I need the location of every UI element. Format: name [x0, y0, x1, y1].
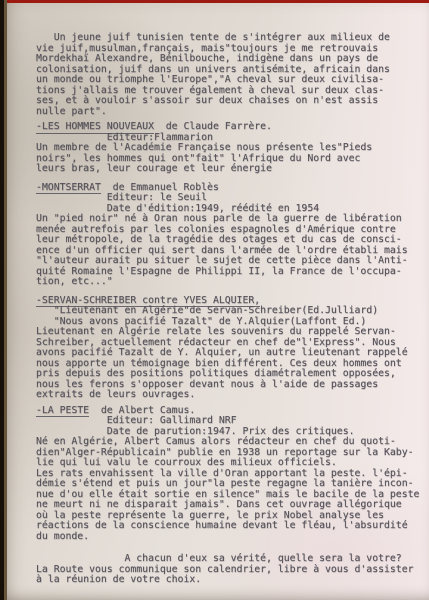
text-line: réactions de la conscience humaine devan… [36, 521, 416, 532]
section-title-rest: de Claude Farrère. [154, 121, 272, 132]
text-line: à la réunion de votre choix. [36, 575, 416, 586]
section-servan-schreiber-alquier: -SERVAN-SCHREIBER contre YVES ALQUIER, "… [36, 296, 416, 401]
text-line: démie s'étend et puis un jour"la peste r… [36, 479, 416, 490]
section-heading: -LES HOMMES NOUVEAUX de Claude Farrère. [36, 122, 416, 133]
publisher-line: Editeur: Gallimard NRF [36, 416, 416, 427]
text-line: du monde. [36, 532, 416, 543]
page-top-edge [0, 0, 429, 3]
section-la-peste: -LA PESTE de Albert Camus. Editeur: Gall… [36, 406, 416, 543]
typewritten-text: Un jeune juif tunisien tente de s'intégr… [36, 33, 416, 586]
section-title-rest: de Emmanuel Roblès [101, 182, 219, 193]
text-line: Un jeune juif tunisien tente de s'intégr… [36, 33, 416, 44]
intro-paragraph: Un jeune juif tunisien tente de s'intégr… [36, 33, 416, 117]
closing-paragraph: A chacun d'eux sa vérité, quelle sera la… [36, 554, 416, 586]
text-line: leur métropole, de la tragédie des otage… [36, 235, 416, 246]
text-line: tion, etc..." [36, 277, 416, 288]
book-reference-line: "Lieutenant en Algérie"de Servan-Schreib… [36, 306, 416, 317]
text-line: Lieutenant en Algérie relate les souveni… [36, 327, 416, 338]
text-line: Né en Algérie, Albert Camus alors rédact… [36, 437, 416, 448]
text-line: nulle part". [36, 107, 416, 118]
text-line: ses, et à vouloir s'assoir sur deux chai… [36, 96, 416, 107]
text-line: "l'auteur aurait pu situer le sujet de c… [36, 256, 416, 267]
text-line: Un "pied noir" né à Oran nous parle de l… [36, 214, 416, 225]
text-line: leurs bras, leur courage et leur énergie [36, 164, 416, 175]
publisher-line: Editeur: le Seuil [36, 193, 416, 204]
text-line: avons pacifié Tazalt de Y. Alquier, un a… [36, 348, 416, 359]
text-line: ne meurt ni ne disparait jamais". Dans c… [36, 500, 416, 511]
text-line: un monde ou triomphe l'Europe","A cheval… [36, 75, 416, 86]
page-binding-edge [0, 0, 7, 600]
text-line: lie qui lui valu le courroux des milieux… [36, 458, 416, 469]
text-line: extraits de leurs ouvrages. [36, 390, 416, 401]
scanned-document-page: Un jeune juif tunisien tente de s'intégr… [0, 0, 429, 600]
text-line: pris depuis des positions politiques dia… [36, 369, 416, 380]
section-title-rest: de Albert Camus. [89, 405, 195, 416]
text-line: A chacun d'eux sa vérité, quelle sera la… [36, 554, 416, 565]
section-montserrat: -MONTSERRAT de Emmanuel Roblès Editeur: … [36, 183, 416, 288]
text-line: Un membre de l'Académie Française nous p… [36, 143, 416, 154]
text-line: Mordekhaï Alexandre, Bénilbouche, indigè… [36, 54, 416, 65]
section-les-hommes-nouveaux: -LES HOMMES NOUVEAUX de Claude Farrère. … [36, 122, 416, 175]
